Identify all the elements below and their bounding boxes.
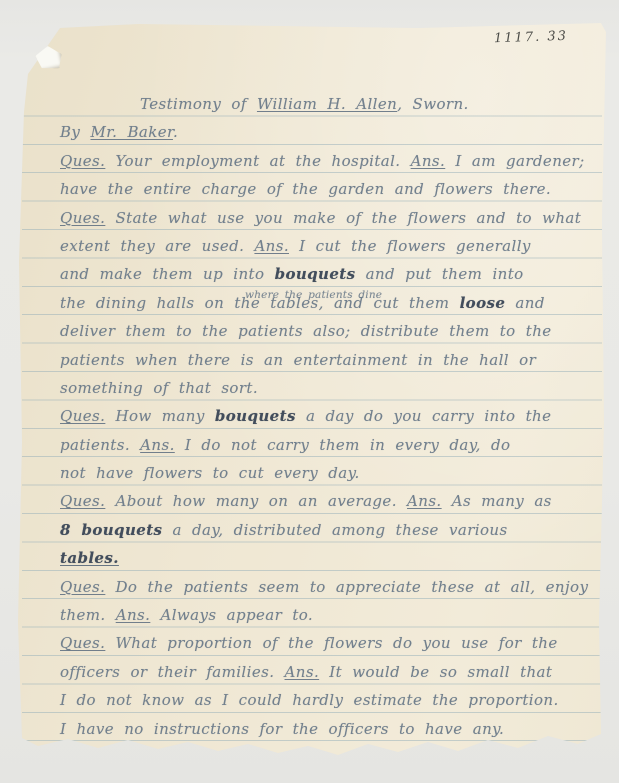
manuscript-line: extent they are used. Ans. I cut the flo… bbox=[60, 232, 602, 260]
document-title: Testimony of William H. Allen, Sworn. bbox=[60, 90, 602, 118]
manuscript-line: By Mr. Baker. bbox=[60, 118, 602, 146]
manuscript-line: Ques. How many bouquets a day do you car… bbox=[60, 402, 602, 430]
manuscript-line: officers or their families. Ans. It woul… bbox=[60, 658, 602, 686]
manuscript-line: not have flowers to cut every day. bbox=[60, 459, 602, 487]
manuscript-line: Ques. About how many on an average. Ans.… bbox=[60, 487, 602, 515]
manuscript-line: patients. Ans. I do not carry them in ev… bbox=[60, 431, 602, 459]
manuscript-line: Ques. Your employment at the hospital. A… bbox=[60, 147, 602, 175]
manuscript-line: them. Ans. Always appear to. bbox=[60, 601, 602, 629]
manuscript-line: Ques. State what use you make of the flo… bbox=[60, 204, 602, 232]
manuscript: Testimony of William H. Allen, Sworn.By … bbox=[60, 90, 602, 743]
manuscript-line: tables. bbox=[60, 544, 602, 572]
page-number-annotation: 1117. 33 bbox=[494, 29, 568, 47]
manuscript-line: and make them up into bouquets and put t… bbox=[60, 260, 602, 288]
manuscript-line: 8 bouquets a day, distributed among thes… bbox=[60, 516, 602, 544]
manuscript-line: I have no instructions for the officers … bbox=[60, 715, 602, 743]
manuscript-line: something of that sort. bbox=[60, 374, 602, 402]
manuscript-line: I do not know as I could hardly estimate… bbox=[60, 686, 602, 714]
manuscript-line: Ques. What proportion of the flowers do … bbox=[60, 629, 602, 657]
scan-background: 1117. 33 Testimony of William H. Allen, … bbox=[0, 0, 619, 783]
manuscript-line: patients when there is an entertainment … bbox=[60, 346, 602, 374]
interline-insertion: where the patients dine bbox=[245, 290, 382, 301]
manuscript-line: Ques. Do the patients seem to appreciate… bbox=[60, 573, 602, 601]
manuscript-line: deliver them to the patients also; distr… bbox=[60, 317, 602, 345]
manuscript-line: have the entire charge of the garden and… bbox=[60, 175, 602, 203]
